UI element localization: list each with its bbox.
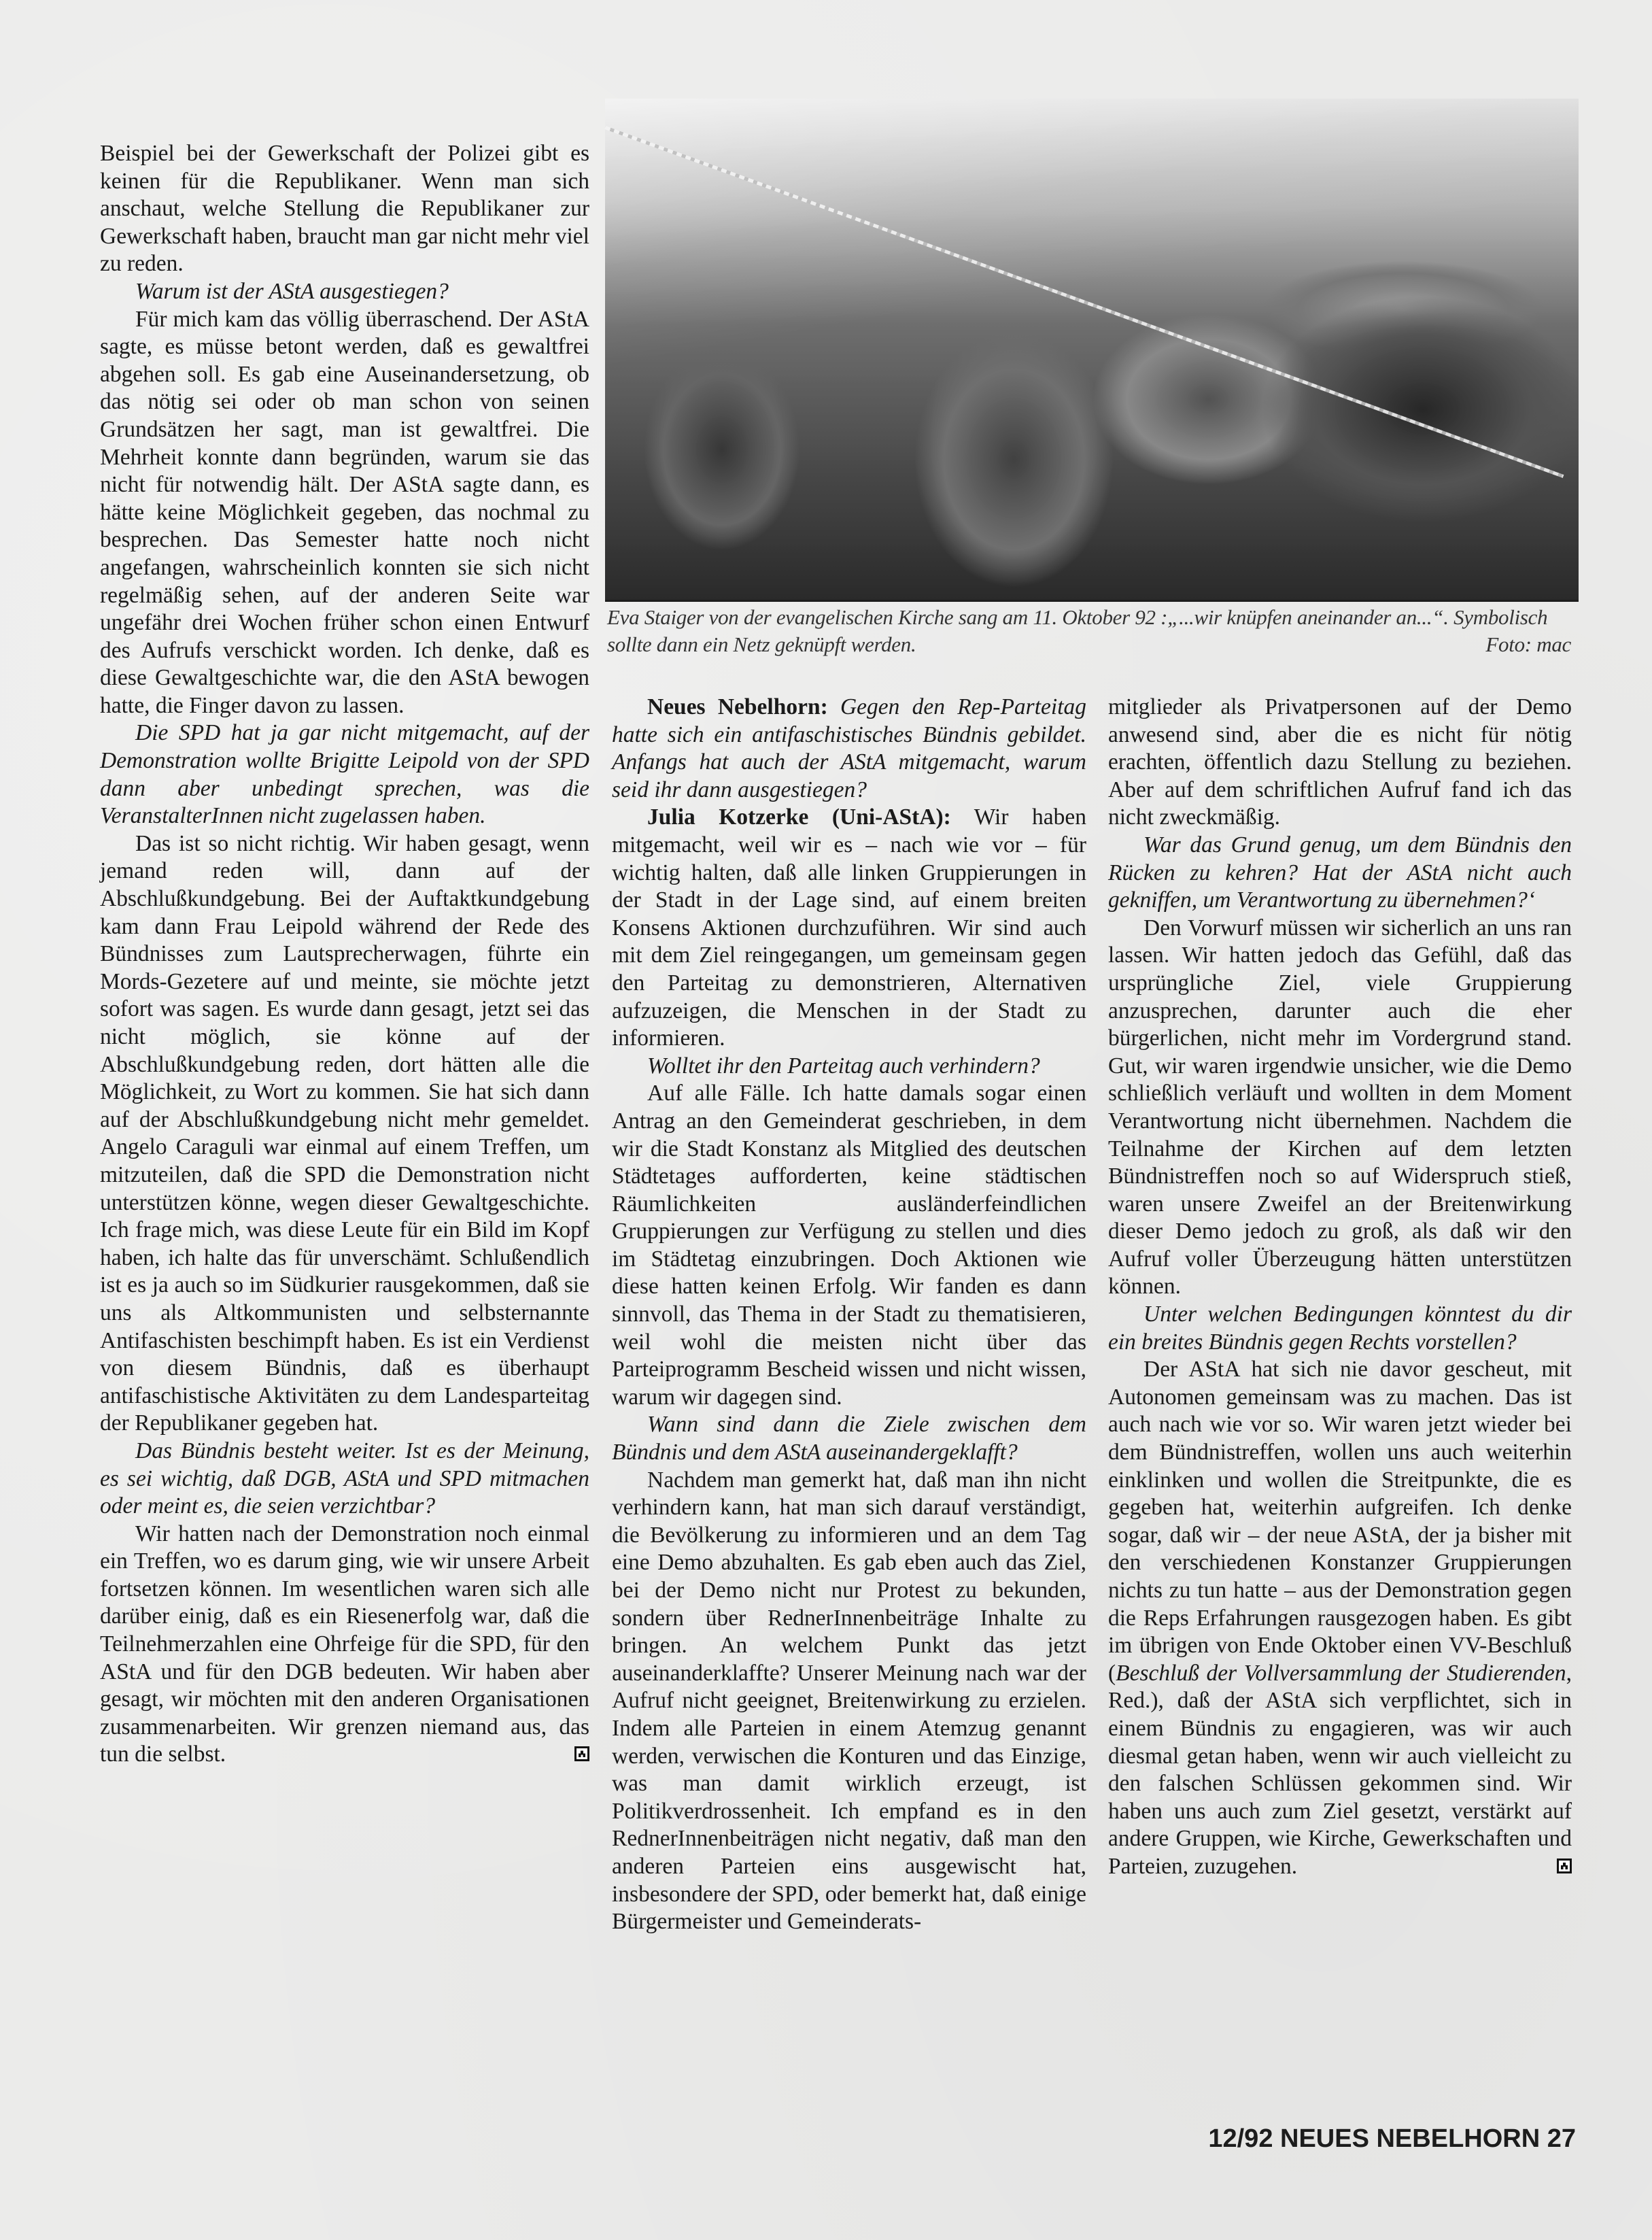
end-of-article-icon	[1557, 1859, 1572, 1873]
interview-answer: Julia Kotzerke (Uni-AStA): Wir haben mit…	[612, 804, 1086, 1052]
paragraph: Den Vorwurf müssen wir sicherlich an uns…	[1108, 915, 1572, 1301]
paragraph: mitglieder als Privatpersonen auf der De…	[1108, 694, 1572, 832]
speaker-label: Julia Kotzerke (Uni-AStA):	[647, 804, 951, 830]
interviewer-label: Neues Nebelhorn:	[647, 694, 828, 719]
article-column-2: Neues Nebelhorn: Gegen den Rep-Parteitag…	[612, 694, 1086, 1936]
paragraph-text: , Red.), daß der AStA sich verpflichtet,…	[1108, 1661, 1572, 1879]
article-column-1: Beispiel bei der Gewerkschaft der Polize…	[100, 140, 589, 1769]
interview-question: Warum ist der AStA ausgestiegen?	[100, 278, 589, 306]
paragraph-text: Wir haben mitgemacht, weil wir es – nach…	[612, 804, 1086, 1051]
rope-net-line	[604, 126, 1564, 478]
paragraph: Für mich kam das völlig überraschend. De…	[100, 306, 589, 720]
paragraph: Nachdem man gemerkt hat, daß man ihn nic…	[612, 1467, 1086, 1936]
interview-question: Wolltet ihr den Parteitag auch verhinder…	[612, 1053, 1086, 1081]
interview-intro-question: Neues Nebelhorn: Gegen den Rep-Parteitag…	[612, 694, 1086, 804]
caption-text: Eva Staiger von der evangelischen Kirche…	[607, 605, 1547, 656]
interview-question: Wann sind dann die Ziele zwischen dem Bü…	[612, 1411, 1086, 1466]
paragraph-text: Der AStA hat sich nie davor gescheut, mi…	[1108, 1357, 1572, 1686]
paragraph-text: Wir hatten nach der Demonstration noch e…	[100, 1521, 589, 1767]
paragraph-with-endmark: Der AStA hat sich nie davor gescheut, mi…	[1108, 1356, 1572, 1880]
interview-question: Die SPD hat ja gar nicht mitgemacht, auf…	[100, 719, 589, 830]
interview-question: Das Bündnis besteht weiter. Ist es der M…	[100, 1438, 589, 1521]
paragraph: Auf alle Fälle. Ich hatte damals sogar e…	[612, 1080, 1086, 1411]
end-of-article-icon	[574, 1746, 589, 1761]
interview-question: Unter welchen Bedingungen könntest du di…	[1108, 1301, 1572, 1356]
interview-question: War das Grund genug, um dem Bündnis den …	[1108, 832, 1572, 915]
paragraph-with-endmark: Wir hatten nach der Demonstration noch e…	[100, 1521, 589, 1769]
paragraph: Beispiel bei der Gewerkschaft der Polize…	[100, 140, 589, 278]
page-footer-issue-and-page: 12/92 NEUES NEBELHORN 27	[1208, 2124, 1576, 2154]
demonstration-photo	[605, 99, 1579, 602]
photo-credit: Foto: mac	[1485, 631, 1571, 658]
paragraph: Das ist so nicht richtig. Wir haben gesa…	[100, 830, 589, 1438]
photo-caption: Eva Staiger von der evangelischen Kirche…	[607, 604, 1571, 658]
article-column-3: mitglieder als Privatpersonen auf der De…	[1108, 694, 1572, 1881]
italic-gloss: Beschluß der Vollversammlung der Studier…	[1116, 1661, 1566, 1686]
